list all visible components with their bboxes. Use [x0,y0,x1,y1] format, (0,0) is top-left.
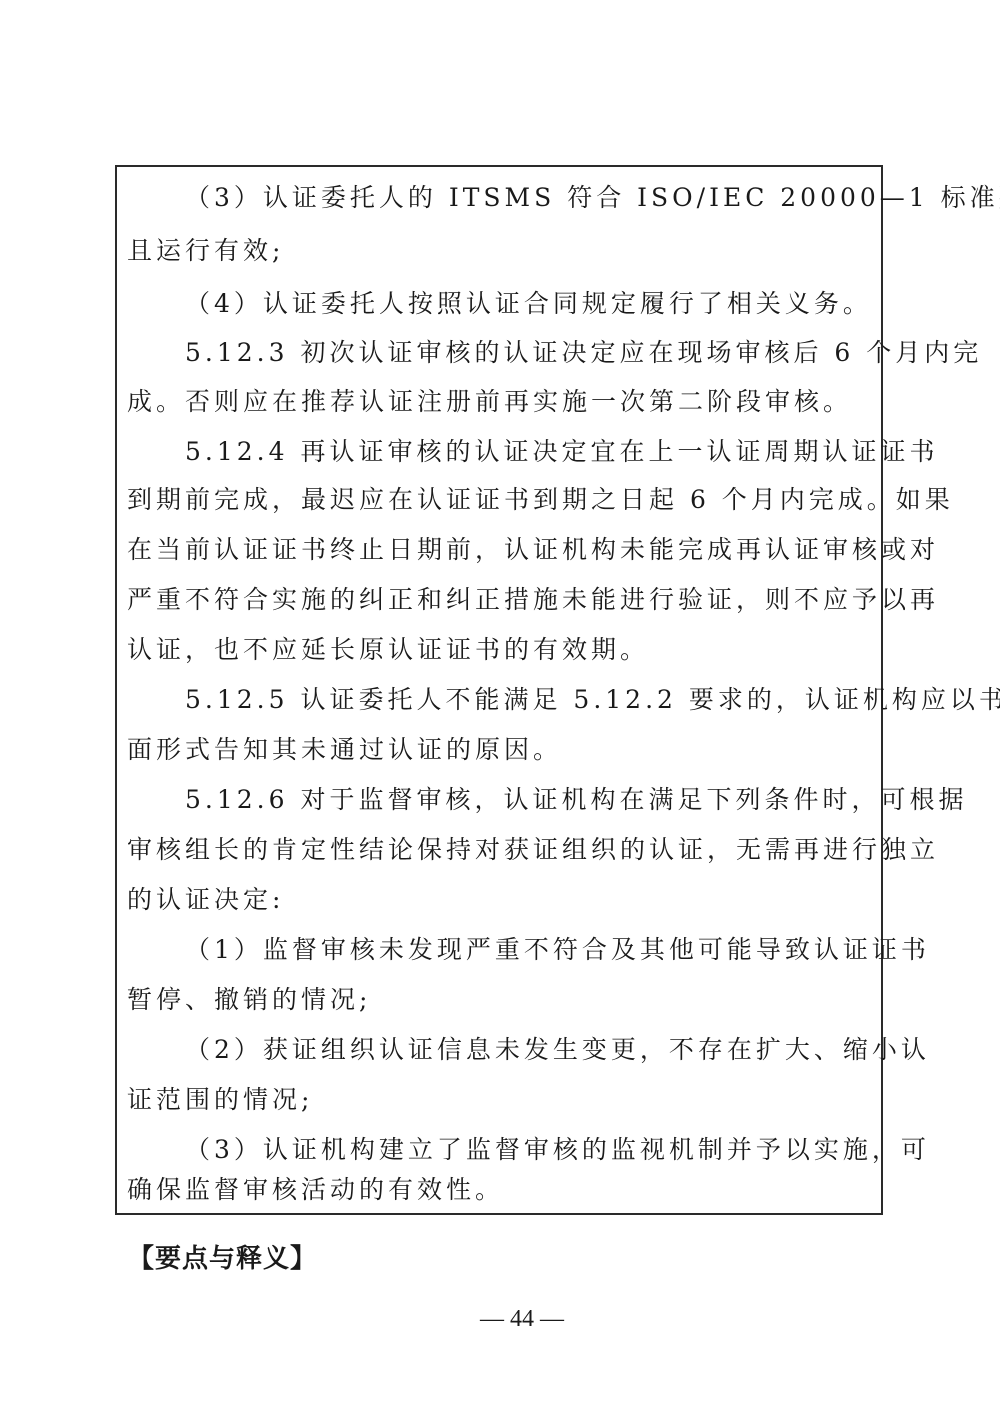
text-line: 5.12.4 再认证审核的认证决定宜在上一认证周期认证证书 [185,437,938,467]
page-number: — 44 — [480,1306,564,1333]
text-line: 成。否则应在推荐认证注册前再实施一次第二阶段审核。 [127,387,852,417]
text-line: 5.12.6 对于监督审核，认证机构在满足下列条件时，可根据 [185,785,967,815]
text-line: 确保监督审核活动的有效性。 [127,1175,504,1205]
text-line: 在当前认证证书终止日期前，认证机构未能完成再认证审核或对 [127,535,939,565]
text-line: 且运行有效; [127,236,284,266]
text-line: 到期前完成，最迟应在认证证书到期之日起 6 个月内完成。如果 [127,485,954,515]
text-line: 认证，也不应延长原认证证书的有效期。 [127,635,649,665]
text-line: 暂停、撤销的情况; [127,985,371,1015]
text-line: 面形式告知其未通过认证的原因。 [127,735,562,765]
text-line: 的认证决定: [127,885,284,915]
text-line: 证范围的情况; [127,1085,313,1115]
text-line: （3）认证委托人的 ITSMS 符合 ISO/IEC 20000—1 标准要求 [185,183,1000,213]
text-line: 5.12.3 初次认证审核的认证决定应在现场审核后 6 个月内完 [185,338,982,368]
text-line: 审核组长的肯定性结论保持对获证组织的认证，无需再进行独立 [127,835,939,865]
text-line: （3）认证机构建立了监督审核的监视机制并予以实施，可 [185,1135,930,1165]
text-line: 5.12.5 认证委托人不能满足 5.12.2 要求的，认证机构应以书 [185,685,1000,715]
section-heading: 【要点与释义】 [128,1238,317,1275]
text-line: （1）监督审核未发现严重不符合及其他可能导致认证证书 [185,935,930,965]
clause-box: （3）认证委托人的 ITSMS 符合 ISO/IEC 20000—1 标准要求 … [115,165,883,1215]
text-line: 严重不符合实施的纠正和纠正措施未能进行验证，则不应予以再 [127,585,939,615]
text-line: （2）获证组织认证信息未发生变更，不存在扩大、缩小认 [185,1035,930,1065]
text-line: （4）认证委托人按照认证合同规定履行了相关义务。 [185,289,872,319]
